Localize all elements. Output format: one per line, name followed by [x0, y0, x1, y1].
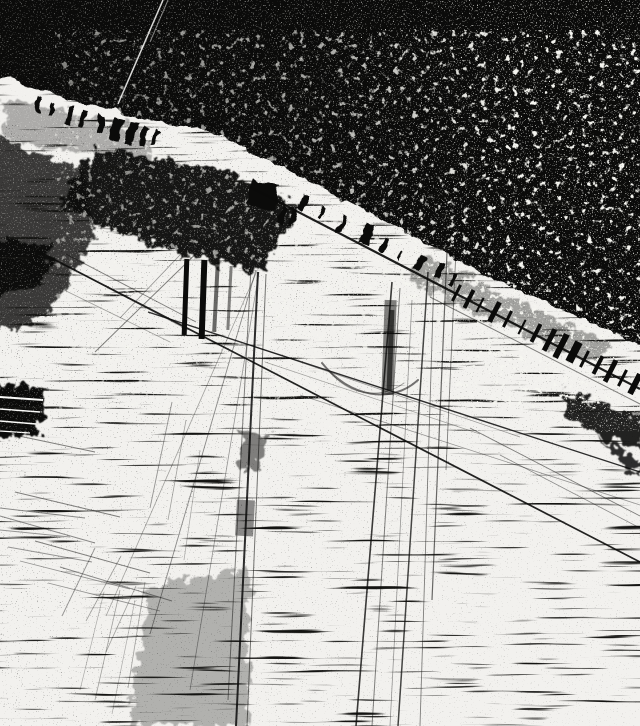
fine-grain-overlay — [0, 0, 640, 726]
fine-grain-overlay-shape — [0, 0, 640, 726]
abstract-artwork-stage — [0, 0, 640, 726]
abstract-monochrome-image — [0, 0, 640, 726]
